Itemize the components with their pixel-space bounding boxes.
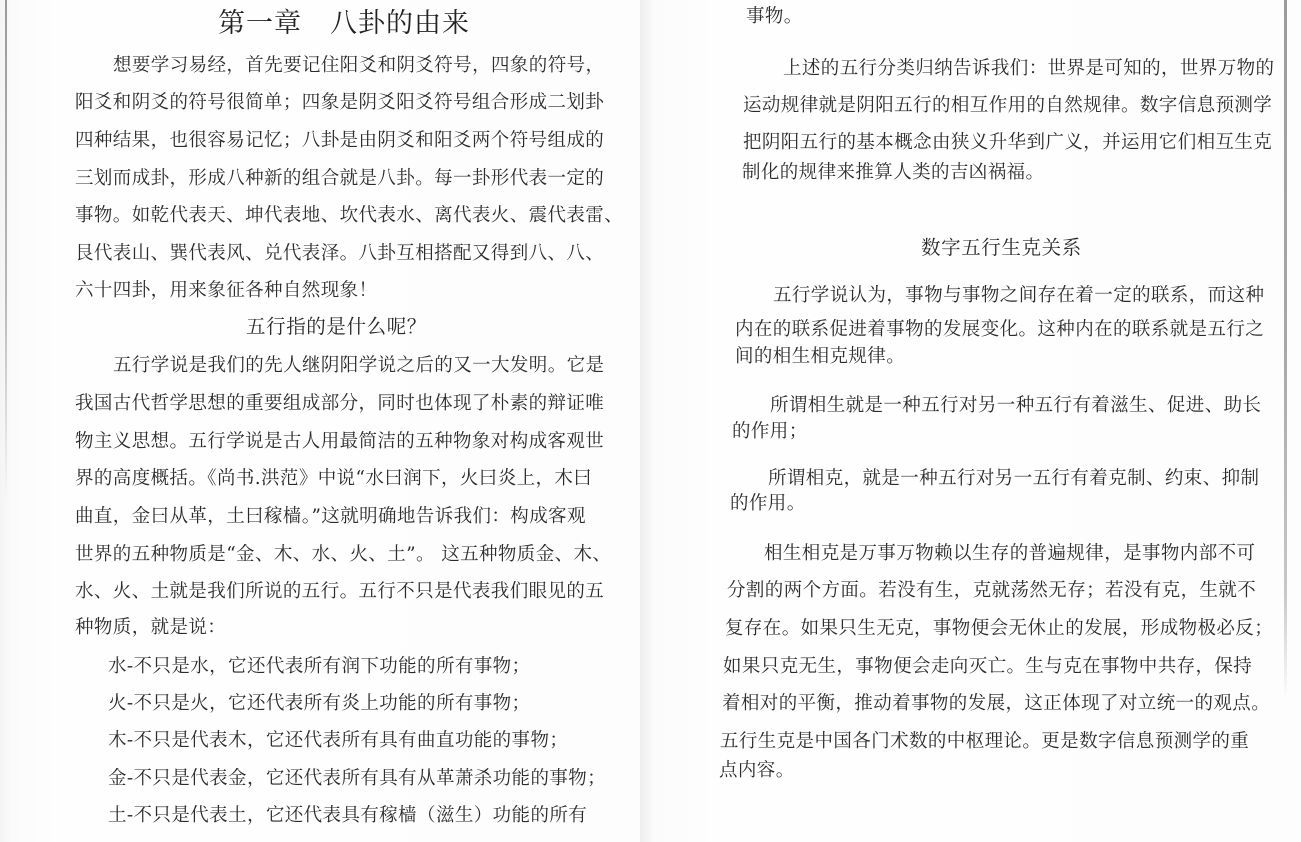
book-gutter [640, 0, 652, 842]
paragraph-line: 点内容。 [719, 759, 795, 783]
paragraph-line: 的作用。 [730, 492, 806, 516]
paragraph-line: 复存在。如果只生无克，事物便会无休止的发展，形成物极必反； [725, 617, 1273, 641]
section-heading: 数字五行生克关系 [921, 235, 1082, 261]
paragraph-line: 的作用； [732, 420, 808, 444]
paragraph-line: 曲直，金曰从革，土曰稼樯。”这就明确地告诉我们：构成客观 [75, 505, 586, 529]
paragraph-line: 物主义思想。五行学说是古人用最简洁的五种物象对构成客观世 [75, 430, 604, 454]
paragraph-line: 想要学习易经，首先要记住阳爻和阴爻符号，四象的符号， [113, 54, 604, 78]
paragraph-line: 事物。如乾代表天、坤代表地、坎代表水、离代表火、震代表雷、 [75, 204, 623, 228]
paragraph-line: 相生相克是万事万物赖以生存的普遍规律，是事物内部不可 [764, 542, 1255, 566]
paragraph-line: 着相对的平衡，推动着事物的发展，这正体现了对立统一的观点。 [722, 692, 1270, 716]
chapter-title: 第一章 八卦的由来 [218, 6, 458, 42]
element-list-item: 金-不只是代表金，它还代表所有具有从革萧杀功能的事物； [108, 767, 606, 791]
paragraph-line: 间的相生相克规律。 [735, 345, 905, 369]
paragraph-line: 上述的五行分类归纳告诉我们：世界是可知的，世界万物的 [783, 57, 1274, 81]
element-list-item: 火-不只是火，它还代表所有炎上功能的所有事物； [108, 692, 530, 716]
element-list-item: 土-不只是代表土，它还代表具有稼樯（滋生）功能的所有 [108, 804, 587, 828]
paragraph-line: 内在的联系促进着事物的发展变化。这种内在的联系就是五行之 [735, 318, 1264, 342]
paragraph-line: 阳爻和阴爻的符号很简单；四象是阴爻阳爻符号组合形成二划卦 [75, 91, 604, 115]
paragraph-line: 五行学说认为，事物与事物之间存在着一定的联系，而这种 [773, 284, 1264, 308]
element-list-item: 水-不只是水，它还代表所有润下功能的所有事物； [108, 655, 530, 679]
paragraph-line: 水、火、土就是我们所说的五行。五行不只是代表我们眼见的五 [75, 580, 604, 604]
element-list-item: 木-不只是代表木，它还代表所有具有曲直功能的事物； [108, 729, 568, 753]
paragraph-line: 界的高度概括。《尚书.洪范》中说“水曰润下，火曰炎上，木曰 [75, 467, 592, 491]
paragraph-line: 五行学说是我们的先人继阴阳学说之后的又一大发明。它是 [113, 354, 604, 378]
paragraph-line: 四种结果，也很容易记忆；八卦是由阴爻和阳爻两个符号组成的 [75, 129, 604, 153]
paragraph-line: 三划而成卦，形成八种新的组合就是八卦。每一卦形代表一定的 [75, 167, 604, 191]
paragraph-line: 我国古代哲学思想的重要组成部分，同时也体现了朴素的辩证唯 [75, 392, 604, 416]
paragraph-line: 所谓相克，就是一种五行对另一五行有着克制、约束、抑制 [768, 467, 1259, 491]
left-page-edge [5, 0, 7, 500]
paragraph-line: 把阴阳五行的基本概念由狭义升华到广义，并运用它们相互生克 [743, 131, 1272, 155]
paragraph-line: 所谓相生就是一种五行对另一种五行有着滋生、促进、助长 [770, 394, 1261, 418]
paragraph-line: 艮代表山、巽代表风、兑代表泽。八卦互相搭配又得到八、八、 [75, 242, 604, 266]
paragraph-line: 六十四卦，用来象征各种自然现象！ [75, 279, 377, 303]
paragraph-line: 事物。 [746, 5, 803, 29]
section-subheading: 五行指的是什么呢？ [246, 314, 427, 340]
paragraph-line: 如果只克无生，事物便会走向灭亡。生与克在事物中共存，保持 [723, 655, 1252, 679]
paragraph-line: 世界的五种物质是“金、木、水、火、土”。 这五种物质金、木、 [75, 543, 611, 567]
paragraph-line: 五行生克是中国各门术数的中枢理论。更是数字信息预测学的重 [720, 730, 1249, 754]
paragraph-line: 种物质，就是说： [75, 616, 226, 640]
paragraph-line: 运动规律就是阴阳五行的相互作用的自然规律。数字信息预测学 [743, 94, 1272, 118]
right-page-edge [1284, 0, 1287, 700]
paragraph-line: 分割的两个方面。若没有生，克就荡然无存；若没有克，生就不 [727, 579, 1256, 603]
paragraph-line: 制化的规律来推算人类的吉凶祸福。 [742, 161, 1044, 185]
